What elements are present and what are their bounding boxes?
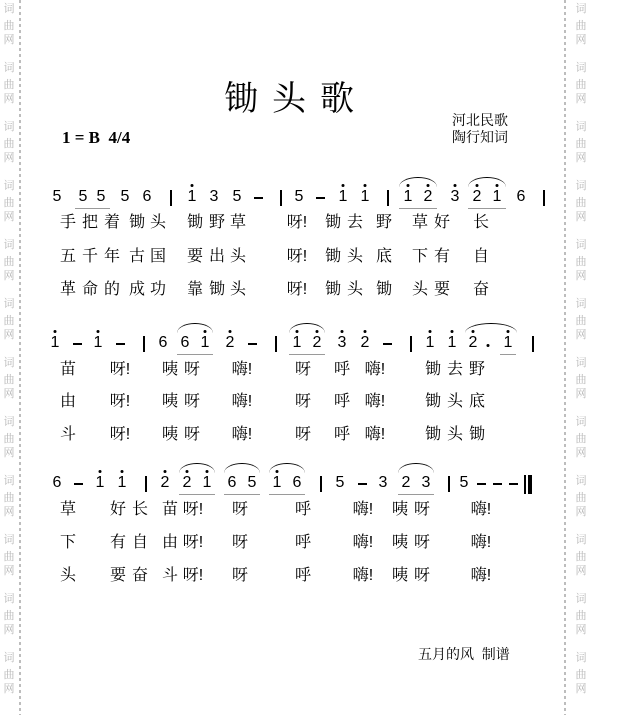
note: 5	[97, 189, 106, 205]
sheet-music-page: 词曲网词曲网词曲网词曲网词曲网词曲网词曲网词曲网词曲网词曲网词曲网词曲网 词曲网…	[0, 0, 618, 715]
barline	[280, 190, 282, 206]
note: 5	[121, 189, 130, 205]
note: 1	[426, 335, 435, 351]
lyric-syllable: 自	[132, 534, 148, 551]
note: 6	[159, 335, 168, 351]
lyric-syllable: 下	[412, 248, 428, 265]
slur-arc	[468, 177, 506, 187]
lyric-syllable: 出	[209, 248, 225, 265]
barline	[170, 190, 172, 206]
lyric-syllable: 呀	[414, 567, 430, 584]
watermark-char: 网	[3, 684, 15, 695]
lyric-syllable: 锄	[376, 281, 392, 298]
lyric-syllable: 底	[376, 248, 392, 265]
lyric-syllable: 锄	[209, 281, 225, 298]
lyric-syllable: 野	[376, 214, 392, 231]
watermark-char: 曲	[575, 552, 587, 563]
lyric-syllable: 手	[60, 214, 76, 231]
lyric-syllable: 呀	[184, 361, 200, 378]
watermark-char: 网	[3, 625, 15, 636]
octave-dot	[191, 184, 194, 187]
watermark-char: 词	[3, 240, 15, 251]
watermark-char: 网	[3, 330, 15, 341]
lyric-syllable: 呼	[334, 426, 350, 443]
lyric-syllable: 呼	[295, 567, 311, 584]
lyric-syllable: 功	[150, 281, 166, 298]
note: 1	[188, 189, 197, 205]
dash-note	[316, 197, 325, 199]
barline	[543, 190, 545, 206]
lyric-syllable: 嗨!	[365, 393, 385, 410]
right-dashed-border	[564, 0, 566, 715]
lyric-syllable: 嗨!	[232, 361, 252, 378]
watermark-char: 曲	[575, 493, 587, 504]
watermark-char: 网	[575, 94, 587, 105]
watermark-char: 词	[575, 122, 587, 133]
song-title: 锄头歌	[224, 71, 368, 120]
note: 6	[517, 189, 526, 205]
source-credit: 河北民歌	[452, 113, 508, 127]
slur-arc	[399, 177, 437, 187]
note: 2	[402, 475, 411, 491]
octave-dot	[296, 330, 299, 333]
octave-dot	[476, 184, 479, 187]
watermark-char: 曲	[3, 552, 15, 563]
note: 1	[361, 189, 370, 205]
lyric-syllable: 国	[150, 248, 166, 265]
octave-dot	[407, 184, 410, 187]
final-barline	[524, 475, 526, 494]
octave-dot	[472, 330, 475, 333]
lyric-syllable: 咦	[392, 534, 408, 551]
lyric-syllable: 头	[150, 214, 166, 231]
beam-underline	[75, 208, 110, 209]
watermark-char: 词	[575, 4, 587, 15]
octave-dot	[204, 330, 207, 333]
note: 2	[226, 335, 235, 351]
lyric-syllable: 草	[60, 501, 76, 518]
lyric-syllable: 咦	[162, 426, 178, 443]
dash-note	[73, 343, 82, 345]
lyric-syllable: 呀!	[110, 393, 130, 410]
watermark-char: 词	[3, 63, 15, 74]
lyric-syllable: 呀	[232, 534, 248, 551]
octave-dot	[186, 470, 189, 473]
lyric-syllable: 革	[60, 281, 76, 298]
lyric-syllable: 呀!	[110, 426, 130, 443]
watermark-char: 网	[575, 212, 587, 223]
watermark-char: 网	[3, 94, 15, 105]
octave-dot	[451, 330, 454, 333]
lyric-syllable: 咦	[392, 501, 408, 518]
watermark-char: 词	[3, 653, 15, 664]
watermark-char: 词	[3, 181, 15, 192]
lyric-syllable: 头	[230, 281, 246, 298]
watermark-char: 网	[575, 35, 587, 46]
watermark-char: 曲	[575, 257, 587, 268]
note: 2	[161, 475, 170, 491]
beam-underline	[289, 354, 325, 355]
lyric-syllable: 呀	[184, 393, 200, 410]
lyric-syllable: 长	[473, 214, 489, 231]
watermark-char: 词	[575, 299, 587, 310]
lyric-syllable: 呀	[295, 361, 311, 378]
note: 1	[96, 475, 105, 491]
octave-dot	[164, 470, 167, 473]
note: 5	[460, 475, 469, 491]
lyric-syllable: 嗨!	[471, 567, 491, 584]
note: 6	[143, 189, 152, 205]
watermark-char: 网	[3, 507, 15, 518]
watermark-char: 词	[575, 653, 587, 664]
lyric-syllable: 呀!	[183, 534, 203, 551]
note: 3	[210, 189, 219, 205]
beam-underline	[399, 208, 437, 209]
lyric-syllable: 嗨!	[365, 426, 385, 443]
watermark-char: 词	[3, 594, 15, 605]
lyric-syllable: 嗨!	[471, 501, 491, 518]
note: 6	[293, 475, 302, 491]
octave-dot	[97, 330, 100, 333]
lyric-syllable: 靠	[187, 281, 203, 298]
watermark-char: 网	[575, 684, 587, 695]
octave-dot	[206, 470, 209, 473]
lyric-syllable: 五	[60, 248, 76, 265]
watermark-char: 网	[3, 212, 15, 223]
lyric-syllable: 着	[104, 214, 120, 231]
lyric-syllable: 呀!	[287, 214, 307, 231]
lyric-syllable: 斗	[60, 426, 76, 443]
beam-underline	[177, 354, 213, 355]
watermark-char: 网	[3, 153, 15, 164]
note: 6	[228, 475, 237, 491]
lyric-syllable: 野	[469, 361, 485, 378]
watermark-char: 网	[575, 507, 587, 518]
lyric-syllable: 头	[230, 248, 246, 265]
lyric-syllable: 头	[447, 426, 463, 443]
note: 2	[424, 189, 433, 205]
note: 1	[51, 335, 60, 351]
dash-note	[493, 483, 502, 485]
lyric-syllable: 呼	[295, 501, 311, 518]
octave-dot	[121, 470, 124, 473]
slur-arc	[289, 323, 325, 333]
beam-underline	[500, 354, 516, 355]
lyric-syllable: 咦	[162, 393, 178, 410]
note: 5	[336, 475, 345, 491]
lyric-syllable: 斗	[162, 567, 178, 584]
octave-dot	[342, 184, 345, 187]
note: 6	[181, 335, 190, 351]
octave-dot	[99, 470, 102, 473]
lyric-syllable: 锄	[325, 214, 341, 231]
watermark-char: 网	[3, 271, 15, 282]
lyric-syllable: 苗	[162, 501, 178, 518]
watermark-char: 曲	[3, 257, 15, 268]
dash-note	[116, 343, 125, 345]
lyric-syllable: 头	[412, 281, 428, 298]
lyric-syllable: 由	[60, 393, 76, 410]
note: 3	[422, 475, 431, 491]
note: 2	[473, 189, 482, 205]
watermark-char: 网	[575, 389, 587, 400]
dash-note	[358, 483, 367, 485]
note: 1	[118, 475, 127, 491]
beam-underline	[224, 494, 260, 495]
lyric-syllable: 把	[82, 214, 98, 231]
watermark-char: 词	[3, 122, 15, 133]
lyric-syllable: 的	[104, 281, 120, 298]
dash-note	[477, 483, 486, 485]
lyric-syllable: 草	[412, 214, 428, 231]
watermark-char: 词	[3, 476, 15, 487]
lyric-syllable: 呀	[232, 567, 248, 584]
watermark-char: 词	[3, 4, 15, 15]
watermark-char: 曲	[575, 21, 587, 32]
dash-note	[254, 197, 263, 199]
lyric-syllable: 好	[434, 214, 450, 231]
watermark-char: 网	[3, 35, 15, 46]
lyric-syllable: 古	[129, 248, 145, 265]
note: 5	[248, 475, 257, 491]
watermark-char: 词	[575, 476, 587, 487]
barline	[410, 336, 412, 352]
transcriber-credit: 五月的风 制谱	[418, 644, 510, 664]
watermark-char: 词	[3, 299, 15, 310]
watermark-char: 曲	[3, 611, 15, 622]
note: 2	[361, 335, 370, 351]
watermark-char: 网	[3, 566, 15, 577]
lyric-syllable: 锄	[325, 281, 341, 298]
slur-arc	[177, 323, 213, 333]
lyric-syllable: 呼	[295, 534, 311, 551]
watermark-char: 网	[575, 625, 587, 636]
note: 2	[469, 335, 478, 351]
note: 2	[183, 475, 192, 491]
lyric-syllable: 咦	[392, 567, 408, 584]
lyric-syllable: 命	[82, 281, 98, 298]
lyric-syllable: 嗨!	[232, 426, 252, 443]
note: 3	[451, 189, 460, 205]
note: 5	[53, 189, 62, 205]
watermark-char: 曲	[3, 316, 15, 327]
note: 2	[313, 335, 322, 351]
lyric-syllable: 头	[60, 567, 76, 584]
watermark-char: 曲	[575, 611, 587, 622]
lyric-syllable: 嗨!	[353, 501, 373, 518]
watermark-char: 曲	[575, 316, 587, 327]
left-dashed-border	[19, 0, 21, 715]
watermark-char: 曲	[3, 21, 15, 32]
note: 1	[203, 475, 212, 491]
lyric-syllable: 锄	[129, 214, 145, 231]
note: 1	[504, 335, 513, 351]
watermark-char: 曲	[575, 80, 587, 91]
note: 1	[448, 335, 457, 351]
octave-dot	[429, 330, 432, 333]
lyric-syllable: 奋	[473, 281, 489, 298]
barline	[143, 336, 145, 352]
watermark-char: 曲	[575, 670, 587, 681]
barline	[275, 336, 277, 352]
lyric-syllable: 呀!	[183, 501, 203, 518]
lyric-syllable: 由	[162, 534, 178, 551]
beam-underline	[179, 494, 215, 495]
octave-dot	[427, 184, 430, 187]
watermark-char: 曲	[3, 198, 15, 209]
watermark-char: 网	[3, 448, 15, 459]
key-time-signature: 1 = B 4/4	[62, 128, 130, 148]
barline	[532, 336, 534, 352]
watermark-char: 网	[575, 271, 587, 282]
octave-dot	[496, 184, 499, 187]
watermark-char: 网	[575, 153, 587, 164]
lyric-syllable: 呀	[232, 501, 248, 518]
watermark-char: 网	[575, 566, 587, 577]
watermark-char: 网	[3, 389, 15, 400]
lyric-syllable: 呼	[334, 393, 350, 410]
dash-note	[248, 343, 257, 345]
lyric-syllable: 嗨!	[232, 393, 252, 410]
lyric-syllable: 下	[60, 534, 76, 551]
lyric-syllable: 有	[110, 534, 126, 551]
lyric-syllable: 嗨!	[353, 567, 373, 584]
lyric-syllable: 呀!	[287, 281, 307, 298]
lyric-syllable: 呀!	[287, 248, 307, 265]
watermark-char: 词	[575, 358, 587, 369]
slur-arc	[224, 463, 260, 473]
note: 1	[293, 335, 302, 351]
dash-note	[383, 343, 392, 345]
note: 5	[233, 189, 242, 205]
lyric-syllable: 苗	[60, 361, 76, 378]
watermark-char: 词	[575, 417, 587, 428]
lyric-syllable: 呼	[334, 361, 350, 378]
watermark-char: 词	[3, 535, 15, 546]
octave-dot	[276, 470, 279, 473]
slur-arc	[179, 463, 215, 473]
note: 5	[79, 189, 88, 205]
lyric-syllable: 呀	[414, 501, 430, 518]
lyric-syllable: 要	[187, 248, 203, 265]
lyric-syllable: 呀	[414, 534, 430, 551]
lyric-syllable: 野	[209, 214, 225, 231]
note: 3	[379, 475, 388, 491]
lyric-syllable: 呀!	[110, 361, 130, 378]
watermark-char: 词	[575, 240, 587, 251]
watermark-char: 曲	[575, 434, 587, 445]
octave-dot	[454, 184, 457, 187]
watermark-char: 曲	[575, 139, 587, 150]
watermark-char: 网	[575, 330, 587, 341]
lyricist-credit: 陶行知词	[452, 130, 508, 144]
lyric-syllable: 要	[110, 567, 126, 584]
barline	[448, 476, 450, 492]
lyric-syllable: 头	[447, 393, 463, 410]
lyric-syllable: 自	[473, 248, 489, 265]
lyric-syllable: 底	[469, 393, 485, 410]
lyric-syllable: 草	[230, 214, 246, 231]
lyric-syllable: 嗨!	[471, 534, 491, 551]
note: 1	[493, 189, 502, 205]
lyric-syllable: 去	[347, 214, 363, 231]
note: 1	[404, 189, 413, 205]
lyric-syllable: 呀!	[183, 567, 203, 584]
watermark-char: 曲	[3, 375, 15, 386]
watermark-char: 曲	[3, 670, 15, 681]
lyric-syllable: 咦	[162, 361, 178, 378]
note: 1	[339, 189, 348, 205]
lyric-syllable: 锄	[425, 393, 441, 410]
beam-underline	[269, 494, 305, 495]
lyric-syllable: 锄	[425, 361, 441, 378]
watermark-char: 曲	[3, 80, 15, 91]
note: 6	[53, 475, 62, 491]
lyric-syllable: 头	[347, 248, 363, 265]
octave-dot	[364, 184, 367, 187]
lyric-syllable: 有	[434, 248, 450, 265]
slur-arc	[398, 463, 434, 473]
augmentation-dot	[487, 344, 490, 347]
octave-dot	[364, 330, 367, 333]
lyric-syllable: 年	[104, 248, 120, 265]
watermark-char: 词	[575, 63, 587, 74]
watermark-char: 词	[575, 594, 587, 605]
octave-dot	[316, 330, 319, 333]
lyric-syllable: 锄	[425, 426, 441, 443]
lyric-syllable: 去	[447, 361, 463, 378]
note: 1	[201, 335, 210, 351]
lyric-syllable: 呀	[295, 393, 311, 410]
beam-underline	[468, 208, 506, 209]
octave-dot	[229, 330, 232, 333]
note: 1	[94, 335, 103, 351]
watermark-char: 词	[3, 417, 15, 428]
lyric-syllable: 锄	[469, 426, 485, 443]
lyric-syllable: 要	[434, 281, 450, 298]
lyric-syllable: 头	[347, 281, 363, 298]
octave-dot	[54, 330, 57, 333]
note: 1	[273, 475, 282, 491]
lyric-syllable: 呀	[295, 426, 311, 443]
watermark-char: 网	[575, 448, 587, 459]
lyric-syllable: 奋	[132, 567, 148, 584]
slur-arc	[269, 463, 305, 473]
lyric-syllable: 嗨!	[353, 534, 373, 551]
watermark-char: 曲	[3, 139, 15, 150]
barline	[387, 190, 389, 206]
note: 3	[338, 335, 347, 351]
lyric-syllable: 千	[82, 248, 98, 265]
barline	[145, 476, 147, 492]
dash-note	[74, 483, 83, 485]
lyric-syllable: 锄	[325, 248, 341, 265]
lyric-syllable: 成	[129, 281, 145, 298]
lyric-syllable: 呀	[184, 426, 200, 443]
watermark-char: 曲	[575, 198, 587, 209]
lyric-syllable: 锄	[187, 214, 203, 231]
note: 5	[295, 189, 304, 205]
watermark-char: 曲	[575, 375, 587, 386]
lyric-syllable: 好	[110, 501, 126, 518]
final-barline	[528, 475, 532, 494]
lyric-syllable: 嗨!	[365, 361, 385, 378]
watermark-char: 曲	[3, 493, 15, 504]
watermark-char: 词	[575, 535, 587, 546]
octave-dot	[341, 330, 344, 333]
dash-note	[509, 483, 518, 485]
watermark-char: 词	[3, 358, 15, 369]
